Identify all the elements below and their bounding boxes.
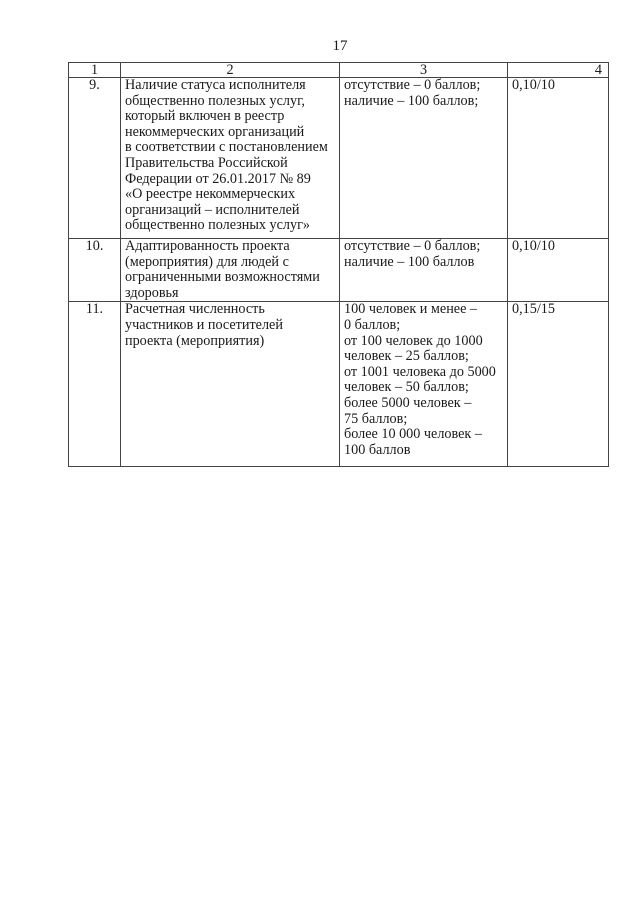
criterion-line: здоровья [125, 286, 335, 302]
scoring-line: отсутствие – 0 баллов; [344, 78, 503, 94]
column-header-4: 4 [508, 63, 609, 78]
criterion-line: проекта (мероприятия) [125, 334, 335, 350]
row-number: 11. [69, 302, 121, 467]
column-header-1: 1 [69, 63, 121, 78]
weight-cell: 0,10/10 [508, 78, 609, 239]
row-number: 9. [69, 78, 121, 239]
criterion-line: в соответствии с постановлением [125, 140, 335, 156]
scoring-cell: отсутствие – 0 баллов; наличие – 100 бал… [340, 239, 508, 302]
scoring-cell: отсутствие – 0 баллов; наличие – 100 бал… [340, 78, 508, 239]
weight-cell: 0,15/15 [508, 302, 609, 467]
scoring-line: человек – 50 баллов; [344, 380, 503, 396]
scoring-line: более 5000 человек – [344, 396, 503, 412]
criterion-cell: Наличие статуса исполнителя общественно … [121, 78, 340, 239]
row-number: 10. [69, 239, 121, 302]
criterion-line: общественно полезных услуг, [125, 94, 335, 110]
column-header-3: 3 [340, 63, 508, 78]
criterion-line: Наличие статуса исполнителя [125, 78, 335, 94]
scoring-line: от 100 человек до 1000 [344, 334, 503, 350]
scoring-line: наличие – 100 баллов; [344, 94, 503, 110]
criterion-line: некоммерческих организаций [125, 125, 335, 141]
scoring-line: более 10 000 человек – [344, 427, 503, 443]
criterion-line: который включен в реестр [125, 109, 335, 125]
criterion-line: общественно полезных услуг» [125, 218, 335, 234]
criterion-cell: Расчетная численность участников и посет… [121, 302, 340, 467]
scoring-cell: 100 человек и менее – 0 баллов; от 100 ч… [340, 302, 508, 467]
criterion-line: Правительства Российской [125, 156, 335, 172]
criterion-line: Адаптированность проекта [125, 239, 335, 255]
scoring-line: наличие – 100 баллов [344, 255, 503, 271]
scoring-line: 0 баллов; [344, 318, 503, 334]
scoring-line: от 1001 человека до 5000 [344, 365, 503, 381]
table-row: 10. Адаптированность проекта (мероприяти… [69, 239, 609, 302]
table-row: 9. Наличие статуса исполнителя обществен… [69, 78, 609, 239]
criterion-line: ограниченными возможностями [125, 270, 335, 286]
table-header-row: 1 2 3 4 [69, 63, 609, 78]
criterion-line: Расчетная численность [125, 302, 335, 318]
column-header-2: 2 [121, 63, 340, 78]
criterion-line: (мероприятия) для людей с [125, 255, 335, 271]
criterion-cell: Адаптированность проекта (мероприятия) д… [121, 239, 340, 302]
page-number: 17 [0, 37, 640, 55]
scoring-line: 75 баллов; [344, 412, 503, 428]
scoring-line: человек – 25 баллов; [344, 349, 503, 365]
criterion-line: участников и посетителей [125, 318, 335, 334]
criterion-line: организаций – исполнителей [125, 203, 335, 219]
criterion-line: Федерации от 26.01.2017 № 89 [125, 172, 335, 188]
table-row: 11. Расчетная численность участников и п… [69, 302, 609, 467]
scoring-line: отсутствие – 0 баллов; [344, 239, 503, 255]
scoring-line: 100 баллов [344, 443, 503, 459]
weight-cell: 0,10/10 [508, 239, 609, 302]
scoring-line: 100 человек и менее – [344, 302, 503, 318]
criterion-line: «О реестре некоммерческих [125, 187, 335, 203]
criteria-table: 1 2 3 4 9. Наличие статуса исполнителя о… [68, 62, 609, 467]
